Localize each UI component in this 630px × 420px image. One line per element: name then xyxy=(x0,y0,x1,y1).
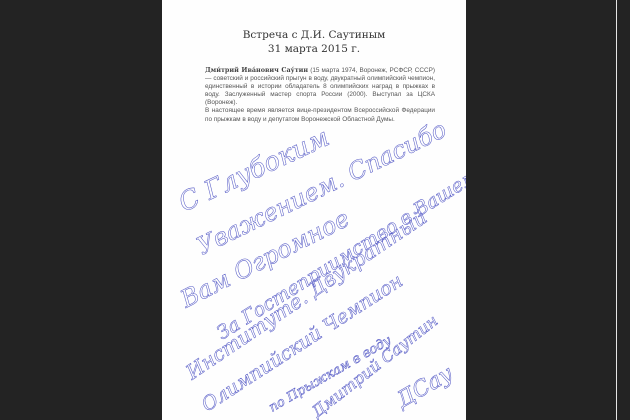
signature: ДСау xyxy=(392,361,458,414)
document-page: Встреча с Д.И. Саутиным 31 марта 2015 г.… xyxy=(162,0,466,420)
handwritten-inscription: С Глубоким Уважением. Спасибо Вам Огромн… xyxy=(162,0,466,420)
page-edge-line xyxy=(616,0,617,420)
